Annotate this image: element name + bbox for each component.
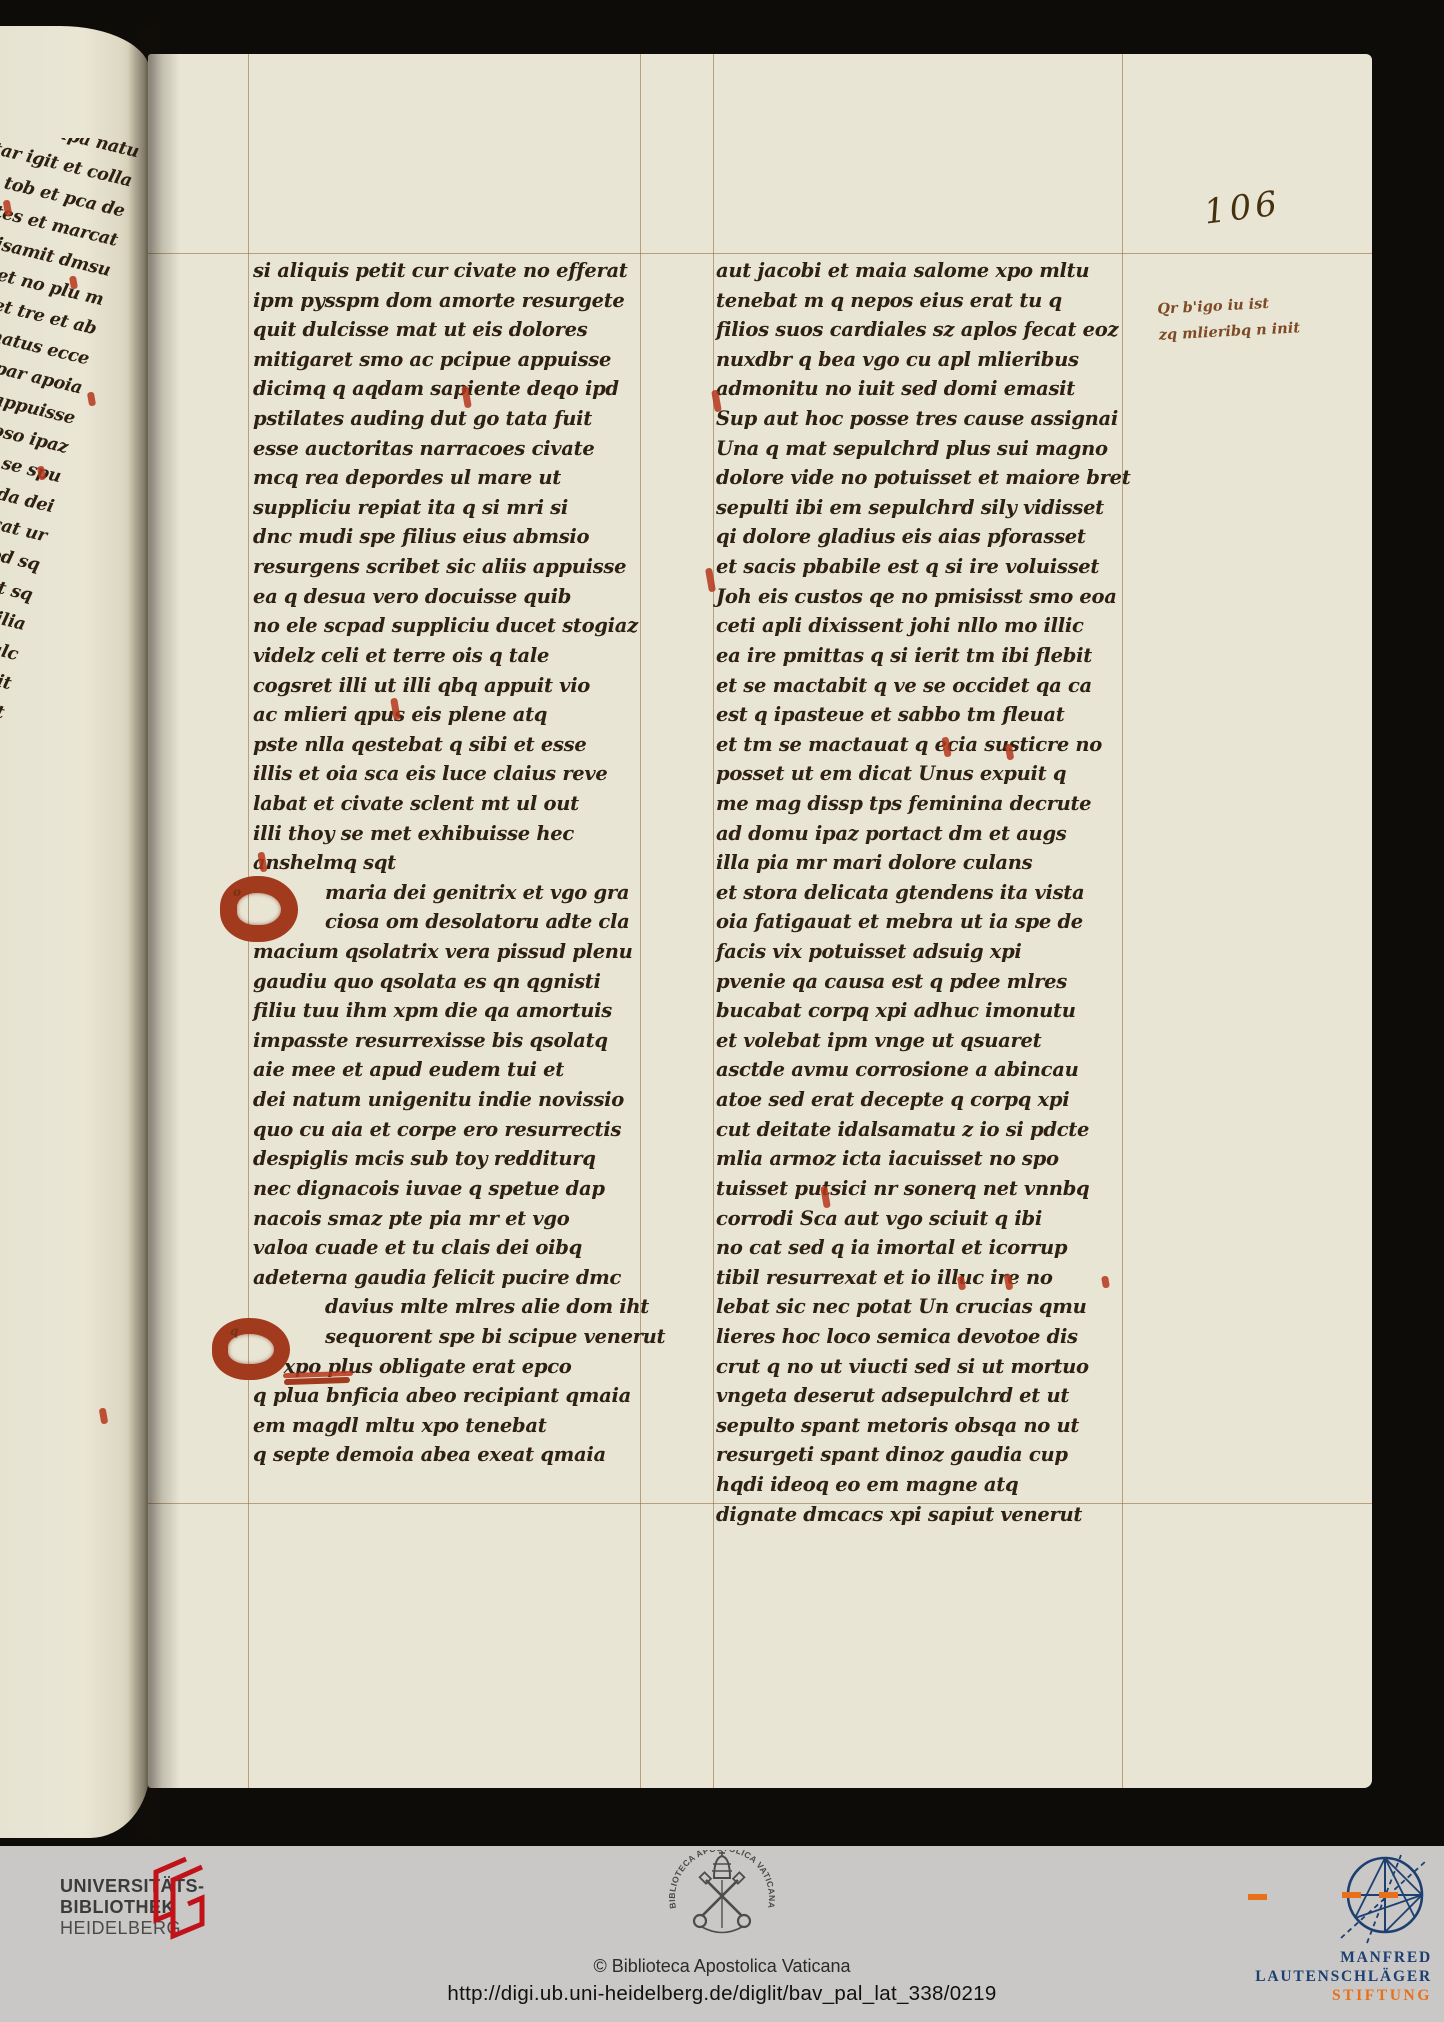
manuscript-text-line: et tm se mactauat q ecia susticre no xyxy=(716,730,1134,760)
manuscript-text-line: resurgens scribet sic aliis appuisse xyxy=(253,552,645,582)
vatican-library-seal-icon: BIBLIOTECA APOSTOLICA VATICANA xyxy=(662,1850,782,1956)
manuscript-text-line: q plua bnficia abeo recipiant qmaia xyxy=(253,1381,645,1411)
ruling-line-vertical xyxy=(713,54,714,1788)
manuscript-text-line: dei natum unigenitu indie novissio xyxy=(253,1085,645,1115)
manuscript-text-line: despiglis mcis sub toy redditurq xyxy=(253,1144,645,1174)
mls-line3: STIFTUNG xyxy=(1255,1986,1432,2005)
manuscript-text-line: ea q desua vero docuisse quib xyxy=(253,582,645,612)
manuscript-text-line: dignate dmcacs xpi sapiut venerut xyxy=(716,1500,1134,1530)
manuscript-text-line: mcq rea depordes ul mare ut xyxy=(253,463,645,493)
initial-Q: q xyxy=(212,1318,290,1380)
manuscript-text-line: pste nlla qestebat q sibi et esse xyxy=(253,730,645,760)
mls-globe-icon xyxy=(1336,1854,1430,1944)
text-column-left: si aliquis petit cur civate no efferatip… xyxy=(253,256,645,1470)
manuscript-text-line: illi thoy se met exhibuisse hec xyxy=(253,819,645,849)
manuscript-text-line: nec dignacois iuvae q spetue dap xyxy=(253,1174,645,1204)
manuscript-text-line: sepulti ibi em sepulchrd sily vidisset xyxy=(716,493,1134,523)
mls-line1: MANFRED xyxy=(1255,1948,1432,1967)
manuscript-text-line: si aliquis petit cur civate no efferat xyxy=(253,256,645,286)
manuscript-text-line: dicimq q aqdam sapiente deqo ipd xyxy=(253,374,645,404)
manuscript-text-line: ipm pysspm dom amorte resurgete xyxy=(253,286,645,316)
manuscript-text-line: est q ipasteue et sabbo tm fleuat xyxy=(716,700,1134,730)
manuscript-text-line: valoa cuade et tu clais dei oibq xyxy=(253,1233,645,1263)
manuscript-text-line: et stora delicata gtendens ita vista xyxy=(716,878,1134,908)
manuscript-text-line: quit dulcisse mat ut eis dolores xyxy=(253,315,645,345)
manuscript-text-line: me mag dissp tps feminina decrute xyxy=(716,789,1134,819)
manuscript-text-line: no cat sed q ia imortal et icorrup xyxy=(716,1233,1134,1263)
manuscript-text-line: maria dei genitrix et vgo gra xyxy=(253,878,645,908)
manuscript-text-line: vngeta deserut adsepulchrd et ut xyxy=(716,1381,1134,1411)
guide-letter: q xyxy=(230,1324,238,1338)
manuscript-text-line: dnc mudi spe filius eius abmsio xyxy=(253,522,645,552)
manuscript-text-line: nuxdbr q bea vgo cu apl mlieribus xyxy=(716,345,1134,375)
manuscript-text-line: bucabat corpq xpi adhuc imonutu xyxy=(716,996,1134,1026)
manuscript-text-line: davius mlte mlres alie dom iht xyxy=(253,1292,645,1322)
manuscript-text-line: et se mactabit q ve se occidet qa ca xyxy=(716,671,1134,701)
manuscript-text-line: mlia armoz icta iacuisset no spo xyxy=(716,1144,1134,1174)
manuscript-text-line: no ele scpad suppliciu ducet stogiaz xyxy=(253,611,645,641)
manuscript-text-line: gaudiu quo qsolata es qn qgnisti xyxy=(253,967,645,997)
manuscript-text-line: admonitu no iuit sed domi emasit xyxy=(716,374,1134,404)
manuscript-text-line: hqdi ideoq eo em magne atq xyxy=(716,1470,1134,1500)
manuscript-text-line: qi dolore gladius eis aias pforasset xyxy=(716,522,1134,552)
manuscript-text-line: videlz celi et terre ois q tale xyxy=(253,641,645,671)
manuscript-text-line: nacois smaz pte pia mr et vgo xyxy=(253,1204,645,1234)
text-column-right: aut jacobi et maia salome xpo mltuteneba… xyxy=(716,256,1134,1529)
manuscript-text-line: crut q no ut viucti sed si ut mortuo xyxy=(716,1352,1134,1382)
manuscript-text-line: resurgeti spant dinoz gaudia cup xyxy=(716,1440,1134,1470)
ruling-line-horizontal xyxy=(148,253,1372,254)
manuscript-text-line: facis vix potuisset adsuig xpi xyxy=(716,937,1134,967)
ub-heidelberg-book-icon xyxy=(146,1856,212,1946)
initial-O: o xyxy=(220,876,298,942)
manuscript-text-line: tuisset putsici nr sonerq net vnnbq xyxy=(716,1174,1134,1204)
manuscript-text-line: ceti apli dixissent johi nllo mo illic xyxy=(716,611,1134,641)
manuscript-text-line: dolore vide no potuisset et maiore bret xyxy=(716,463,1134,493)
manuscript-text-line: impasste resurrexisse bis qsolatq xyxy=(253,1026,645,1056)
manuscript-text-line: ciosa om desolatoru adte cla xyxy=(253,907,645,937)
manuscript-text-line: et sacis pbabile est q si ire voluisset xyxy=(716,552,1134,582)
manuscript-text-line: esse auctoritas narracoes civate xyxy=(253,434,645,464)
mls-line2: LAUTENSCHLÄGER xyxy=(1255,1967,1432,1986)
manuscript-text-line: Sup aut hoc posse tres cause assignai xyxy=(716,404,1134,434)
manuscript-text-line: adeterna gaudia felicit pucire dmc xyxy=(253,1263,645,1293)
gutter-shadow xyxy=(128,26,180,1838)
manuscript-text-line: sequorent spe bi scipue venerut xyxy=(253,1322,645,1352)
manuscript-text-line: et volebat ipm vnge ut qsuaret xyxy=(716,1026,1134,1056)
manuscript-text-line: aie mee et apud eudem tui et xyxy=(253,1055,645,1085)
manuscript-text-line: pvenie qa causa est q pdee mlres xyxy=(716,967,1134,997)
manuscript-text-line: aut jacobi et maia salome xpo mltu xyxy=(716,256,1134,286)
manuscript-text-line: cogsret illi ut illi qbq appuit vio xyxy=(253,671,645,701)
manuscript-text-line: asctde avmu corrosione a abincau xyxy=(716,1055,1134,1085)
manuscript-text-line: pstilates auding dut go tata fuit xyxy=(253,404,645,434)
mls-orange-dash xyxy=(1248,1894,1267,1900)
manuscript-text-line: tenebat m q nepos eius erat tu q xyxy=(716,286,1134,316)
manuscript-text-line: illa pia mr mari dolore culans xyxy=(716,848,1134,878)
manuscript-text-line: suppliciu repiat ita q si mri si xyxy=(253,493,645,523)
source-url: http://digi.ub.uni-heidelberg.de/diglit/… xyxy=(0,1982,1444,2006)
manuscript-text-line: atoe sed erat decepte q corpq xpi xyxy=(716,1085,1134,1115)
facing-page-text-clip: ple cu ipa natutar igit et collatob et p… xyxy=(0,138,148,1608)
manuscript-text-line: oia fatigauat et mebra ut ia spe de xyxy=(716,907,1134,937)
guide-letter: o xyxy=(233,885,241,899)
manuscript-text-line: tibil resurrexat et io illuc ire no xyxy=(716,1263,1134,1293)
marginal-note: Qr b'igo iu ist zq mlieribq n init xyxy=(1157,287,1339,348)
footer-bar: UNIVERSITÄTS- BIBLIOTHEK HEIDELBERG xyxy=(0,1846,1444,2022)
manuscript-text-line: illis et oia sca eis luce claius reve xyxy=(253,759,645,789)
manuscript-text-line: lebat sic nec potat Un crucias qmu xyxy=(716,1292,1134,1322)
manuscript-text-line: filiu tuu ihm xpm die qa amortuis xyxy=(253,996,645,1026)
manuscript-text-line: ac mlieri qpus eis plene atq xyxy=(253,700,645,730)
manuscript-text-line: ad domu ipaz portact dm et augs xyxy=(716,819,1134,849)
manuscript-text-line: anshelmq sqt xyxy=(253,848,645,878)
mls-wordmark: MANFRED LAUTENSCHLÄGER STIFTUNG xyxy=(1255,1948,1432,2005)
manuscript-text-line: Joh eis custos qe no pmisisst smo eoa xyxy=(716,582,1134,612)
manuscript-text-line: q septe demoia abea exeat qmaia xyxy=(253,1440,645,1470)
manuscript-text-line: corrodi Sca aut vgo sciuit q ibi xyxy=(716,1204,1134,1234)
manuscript-text-line: lieres hoc loco semica devotoe dis xyxy=(716,1322,1134,1352)
manuscript-text-line: labat et civate sclent mt ul out xyxy=(253,789,645,819)
manuscript-text-line: quo cu aia et corpe ero resurrectis xyxy=(253,1115,645,1145)
manuscript-text-line: ea ire pmittas q si ierit tm ibi flebit xyxy=(716,641,1134,671)
manuscript-text-line: posset ut em dicat Unus expuit q xyxy=(716,759,1134,789)
manuscript-text-line: macium qsolatrix vera pissud plenu xyxy=(253,937,645,967)
manuscript-text-line: cut deitate idalsamatu z io si pdcte xyxy=(716,1115,1134,1145)
manuscript-scan-viewer: ple cu ipa natutar igit et collatob et p… xyxy=(0,0,1444,2022)
manuscript-text-line: em magdl mltu xpo tenebat xyxy=(253,1411,645,1441)
manuscript-text-line: sepulto spant metoris obsqa no ut xyxy=(716,1411,1134,1441)
manuscript-text-line: mitigaret smo ac pcipue appuisse xyxy=(253,345,645,375)
manuscript-text-line: Una q mat sepulchrd plus sui magno xyxy=(716,434,1134,464)
facing-page-text: ple cu ipa natutar igit et collatob et p… xyxy=(0,138,142,1409)
copyright-caption: © Biblioteca Apostolica Vaticana xyxy=(0,1956,1444,1977)
manuscript-text-line: filios suos cardiales sz aplos fecat eoz xyxy=(716,315,1134,345)
